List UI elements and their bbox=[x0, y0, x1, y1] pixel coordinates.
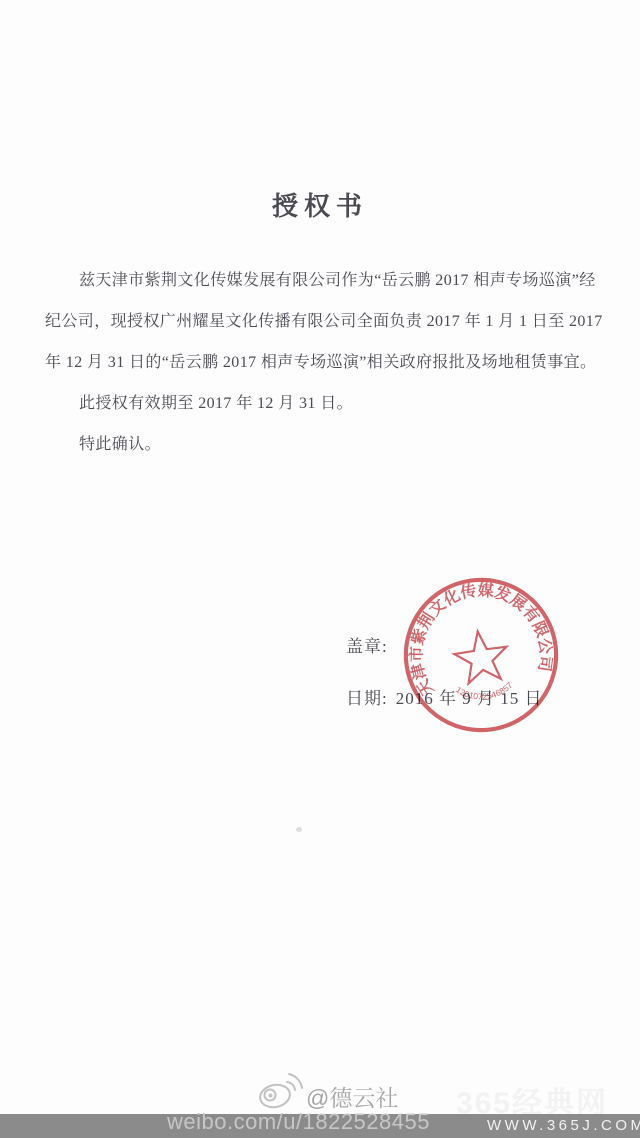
weibo-logo-icon bbox=[256, 1069, 306, 1111]
document-body: 兹天津市紫荆文化传媒发展有限公司作为“岳云鹏 2017 相声专场巡演”经 纪公司… bbox=[45, 260, 605, 465]
document-page: 授权书 兹天津市紫荆文化传媒发展有限公司作为“岳云鹏 2017 相声专场巡演”经… bbox=[0, 0, 640, 1138]
body-line: 此授权有效期至 2017 年 12 月 31 日。 bbox=[45, 383, 605, 424]
svg-text:1201072546857: 1201072546857 bbox=[453, 677, 516, 706]
date-label: 日期: bbox=[346, 689, 388, 708]
body-line: 特此确认。 bbox=[45, 424, 605, 465]
body-line: 纪公司，现授权广州耀星文化传播有限公司全面负责 2017 年 1 月 1 日至 … bbox=[45, 301, 605, 342]
body-line: 年 12 月 31 日的“岳云鹏 2017 相声专场巡演”相关政府报批及场地租赁… bbox=[45, 342, 605, 383]
seal-registration-number: 1201072546857 bbox=[453, 677, 516, 706]
seal-label: 盖章: bbox=[346, 637, 388, 656]
page-title: 授权书 bbox=[0, 186, 640, 223]
body-line: 兹天津市紫荆文化传媒发展有限公司作为“岳云鹏 2017 相声专场巡演”经 bbox=[45, 260, 605, 301]
seal-star-icon bbox=[452, 628, 511, 685]
dust-speck bbox=[296, 827, 302, 832]
site-url: WWW.365J.COM bbox=[487, 1117, 640, 1134]
company-seal-stamp-icon: 天津市紫荆文化传媒发展有限公司 1201072546857 bbox=[386, 560, 576, 750]
weibo-profile-url: weibo.com/u/1822528455 bbox=[167, 1109, 430, 1135]
